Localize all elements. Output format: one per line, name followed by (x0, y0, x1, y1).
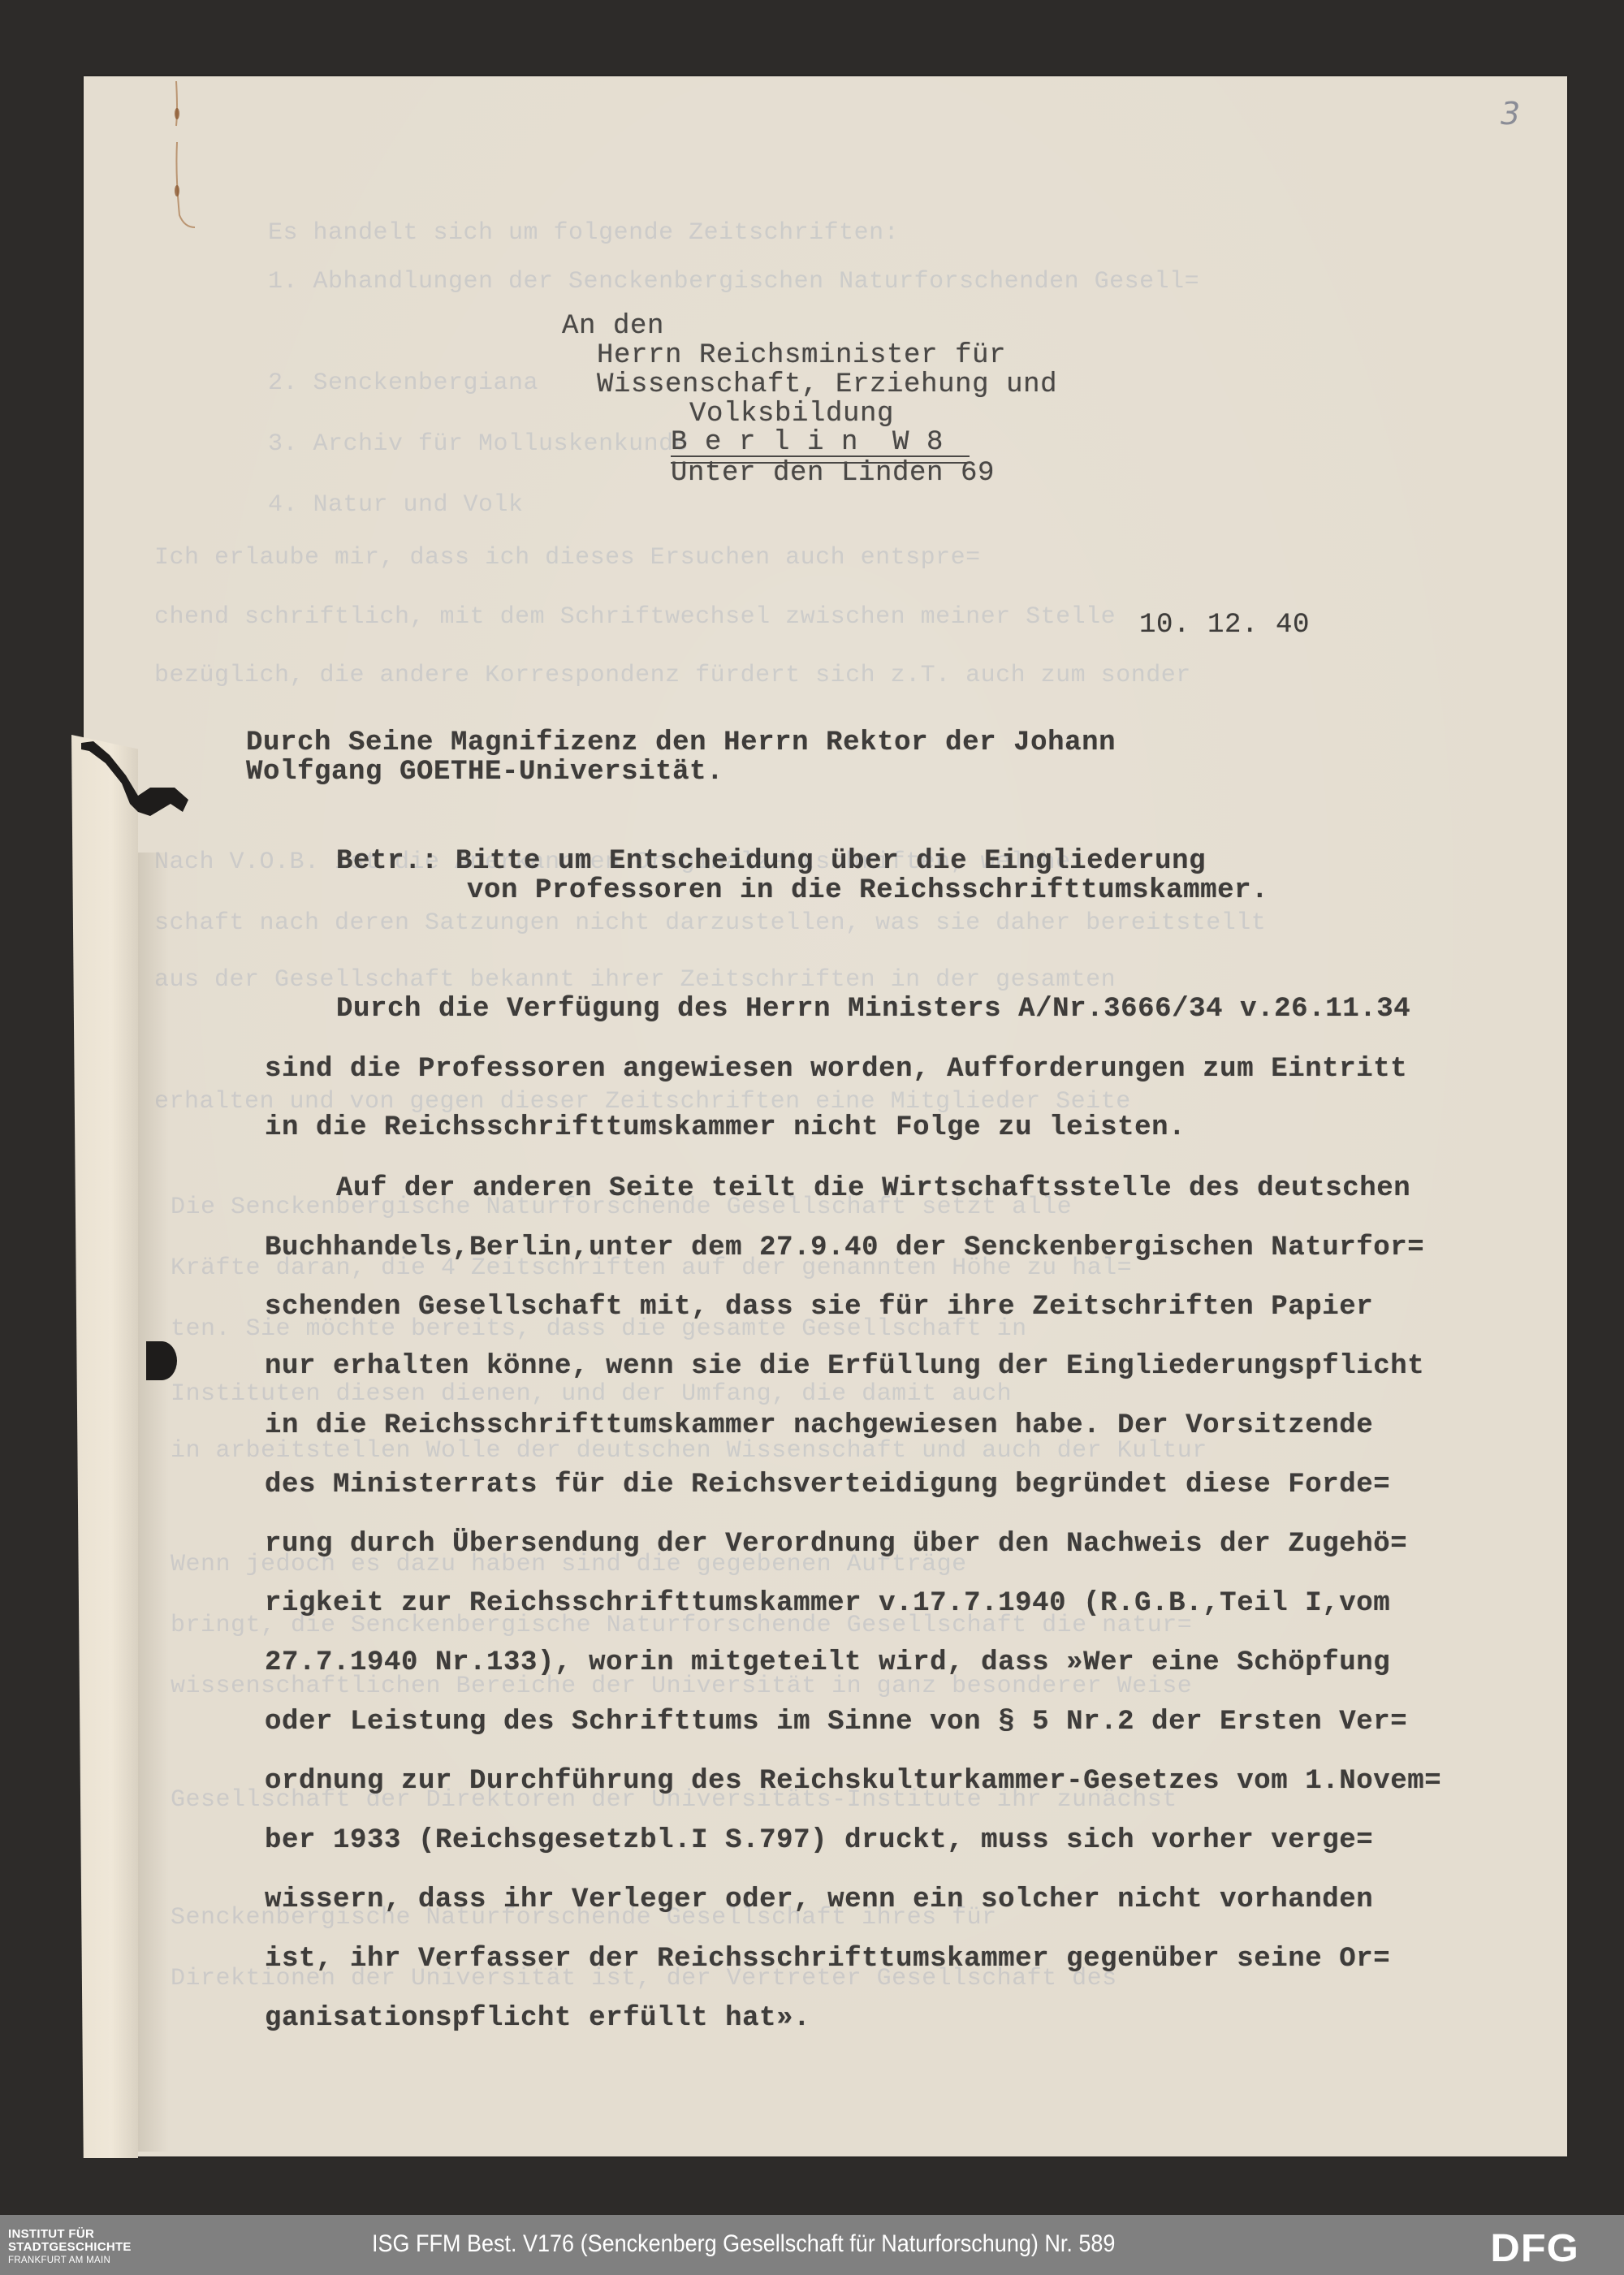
subject-line-1: Betr.: Bitte um Entscheidung über die Ei… (336, 848, 1206, 875)
archive-reference: ISG FFM Best. V176 (Senckenberg Gesellsc… (372, 2230, 1115, 2258)
rust-stain-mark (175, 77, 207, 231)
body-line: Auf der anderen Seite teilt die Wirtscha… (336, 1175, 1410, 1202)
archive-footer-bar: INSTITUT FÜR STADTGESCHICHTE FRANKFURT A… (0, 2215, 1624, 2275)
page-number: 3 (1501, 96, 1520, 132)
body-line: 27.7.1940 Nr.133), worin mitgeteilt wird… (265, 1649, 1390, 1677)
body-line: schenden Gesellschaft mit, dass sie für … (265, 1293, 1373, 1321)
body-line: ist, ihr Verfasser der Reichsschrifttums… (265, 1945, 1390, 1973)
punch-hole (146, 1341, 177, 1380)
body-line: nur erhalten könne, wenn sie die Erfüllu… (265, 1353, 1424, 1380)
paper-tear (81, 735, 195, 824)
body-line: rigkeit zur Reichsschrifttumskammer v.17… (265, 1590, 1390, 1617)
subject-line-2: von Professoren in die Reichsschrifttums… (467, 877, 1268, 904)
body-line: des Ministerrats für die Reichsverteidig… (265, 1471, 1390, 1499)
via-line-1: Durch Seine Magnifizenz den Herrn Rektor… (246, 729, 1116, 757)
fold-shadow (138, 853, 169, 2152)
body-line: rung durch Übersendung der Verordnung üb… (265, 1530, 1407, 1558)
address-line: Herrn Reichsminister für (597, 342, 1006, 369)
institution-name-line: INSTITUT FÜR (8, 2228, 132, 2241)
letter-date: 10. 12. 40 (1139, 611, 1310, 639)
institution-city: FRANKFURT AM MAIN (8, 2254, 132, 2267)
dfg-logo: DFG (1490, 2226, 1579, 2271)
body-line: sind die Professoren angewiesen worden, … (265, 1055, 1407, 1083)
via-line-2: Wolfgang GOETHE-Universität. (246, 758, 723, 786)
address-street: Unter den Linden 69 (671, 460, 995, 487)
body-line: ber 1933 (Reichsgesetzbl.I S.797) druckt… (265, 1827, 1373, 1854)
body-line: Durch die Verfügung des Herrn Ministers … (336, 995, 1410, 1023)
address-line: Wissenschaft, Erziehung und (597, 371, 1057, 399)
body-line: ordnung zur Durchführung des Reichskultu… (265, 1768, 1441, 1795)
body-line: oder Leistung des Schrifttums im Sinne v… (265, 1708, 1407, 1736)
address-line: An den (562, 313, 664, 340)
body-line: in die Reichsschrifttumskammer nachgewie… (265, 1412, 1373, 1440)
address-city: B e r l i n W 8 (671, 429, 944, 456)
body-line: wissern, dass ihr Verleger oder, wenn ei… (265, 1886, 1373, 1914)
body-line: Buchhandels,Berlin,unter dem 27.9.40 der… (265, 1234, 1424, 1262)
institution-name-line: STADTGESCHICHTE (8, 2241, 132, 2254)
address-line: Volksbildung (689, 400, 894, 428)
institution-logo: INSTITUT FÜR STADTGESCHICHTE FRANKFURT A… (8, 2228, 132, 2267)
body-line: ganisationspflicht erfüllt hat». (265, 2005, 810, 2032)
body-line: in die Reichsschrifttumskammer nicht Fol… (265, 1114, 1186, 1142)
